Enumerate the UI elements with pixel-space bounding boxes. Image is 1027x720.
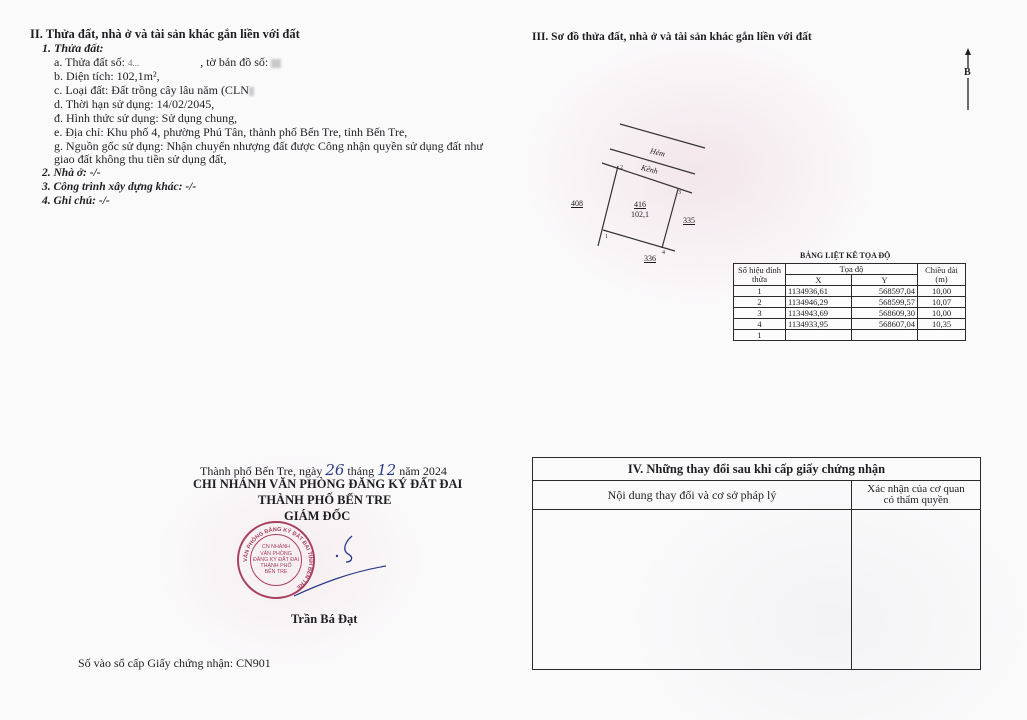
- coord-row: 1: [734, 330, 966, 341]
- header-y: Y: [852, 275, 918, 286]
- vertex-1: 1: [605, 234, 608, 240]
- coord-cell-id: 1: [734, 286, 786, 297]
- coord-cell-len: 10,07: [918, 297, 966, 308]
- org-line-2: THÀNH PHỐ BẾN TRE: [258, 493, 391, 508]
- position-title: GIÁM ĐỐC: [284, 509, 350, 524]
- coord-cell-id: 2: [734, 297, 786, 308]
- area-line: b. Diện tích: 102,1m²,: [54, 70, 160, 84]
- parcel-area-map: 102,1: [631, 210, 649, 219]
- coord-cell-len: 10,35: [918, 319, 966, 330]
- changes-confirmation-cell: [852, 510, 980, 669]
- section-2-title: II. Thửa đất, nhà ở và tài sản khác gắn …: [30, 27, 300, 42]
- other-works-line: 3. Công trình xây dựng khác: -/-: [42, 181, 196, 193]
- parcel-map: [560, 110, 740, 270]
- coord-row: 41134933,95568607,0410,35: [734, 319, 966, 330]
- parcel-number-label: a. Thửa đất số:: [54, 55, 125, 69]
- section-4-title: IV. Những thay đổi sau khi cấp giấy chứn…: [533, 458, 980, 481]
- parcel-number-map: 416: [634, 200, 646, 209]
- coord-cell-x: 1134936,61: [786, 286, 852, 297]
- coord-cell-y: 568599,57: [852, 297, 918, 308]
- address-line: e. Địa chỉ: Khu phố 4, phường Phú Tân, t…: [54, 126, 407, 140]
- confirmation-line-2: có thẩm quyền: [852, 495, 980, 506]
- header-x: X: [786, 275, 852, 286]
- parcel-number-value: 4...: [128, 58, 139, 68]
- coord-cell-y: 568609,30: [852, 308, 918, 319]
- coord-cell-len: 10,00: [918, 286, 966, 297]
- usage-form-line: đ. Hình thức sử dụng: Sử dụng chung,: [54, 112, 237, 126]
- coord-cell-y: [852, 330, 918, 341]
- coord-cell-x: 1134943,69: [786, 308, 852, 319]
- term-line: d. Thời hạn sử dụng: 14/02/2045,: [54, 98, 214, 112]
- redacted-map-sheet: [271, 59, 281, 68]
- coord-table-title: BẢNG LIỆT KÊ TỌA ĐỘ: [800, 251, 890, 260]
- stamp-line-5: BẾN TRE: [265, 569, 288, 575]
- coord-table: Số hiệu đỉnh thửa Tọa độ Chiều dài (m) X…: [733, 263, 966, 341]
- coord-cell-len: [918, 330, 966, 341]
- house-line: 2. Nhà ở: -/-: [42, 167, 101, 179]
- coord-cell-len: 10,00: [918, 308, 966, 319]
- header-length: Chiều dài (m): [918, 264, 966, 286]
- north-arrow-icon: [960, 48, 976, 112]
- changes-col-content: Nội dung thay đổi và cơ sở pháp lý: [533, 481, 852, 509]
- coord-cell-y: 568607,04: [852, 319, 918, 330]
- vertex-4: 4: [662, 250, 665, 256]
- neighbor-west: 408: [571, 199, 583, 208]
- month-label: tháng: [347, 464, 374, 478]
- land-type-line: c. Loại đất: Đất trồng cây lâu năm (CLN: [54, 84, 254, 98]
- coord-cell-id: 1: [734, 330, 786, 341]
- section-3-title: III. Sơ đồ thửa đất, nhà ở và tài sản kh…: [532, 31, 812, 43]
- redacted-land-type: [249, 87, 254, 96]
- coord-cell-x: 1134933,95: [786, 319, 852, 330]
- coord-cell-id: 3: [734, 308, 786, 319]
- coord-cell-x: [786, 330, 852, 341]
- coord-row: 11134936,61568597,0410,00: [734, 286, 966, 297]
- header-vertex-id: Số hiệu đỉnh thửa: [734, 264, 786, 286]
- date-year: năm 2024: [399, 464, 447, 478]
- registry-number: Số vào sổ cấp Giấy chứng nhận: CN901: [78, 657, 271, 671]
- changes-col-confirmation: Xác nhận của cơ quan có thẩm quyền: [852, 481, 980, 509]
- changes-table: IV. Những thay đổi sau khi cấp giấy chứn…: [532, 457, 981, 670]
- signer-name: Trần Bá Đạt: [291, 612, 357, 627]
- coord-cell-y: 568597,04: [852, 286, 918, 297]
- vertex-3: 3: [678, 190, 681, 196]
- notes-line: 4. Ghi chú: -/-: [42, 195, 110, 207]
- coord-cell-id: 4: [734, 319, 786, 330]
- vertex-2: 2: [620, 165, 623, 171]
- handwritten-signature: [290, 532, 390, 602]
- place-date-prefix: Thành phố Bến Tre, ngày: [200, 464, 322, 478]
- land-heading: 1. Thửa đất:: [42, 41, 104, 56]
- coord-cell-x: 1134946,29: [786, 297, 852, 308]
- header-coords: Tọa độ: [786, 264, 918, 275]
- neighbor-east: 335: [683, 216, 695, 225]
- map-sheet-label: , tờ bản đồ số:: [200, 55, 268, 69]
- north-label: B: [964, 68, 971, 78]
- land-type-text: c. Loại đất: Đất trồng cây lâu năm (CLN: [54, 83, 249, 97]
- neighbor-south: 336: [644, 254, 656, 263]
- coord-row: 21134946,29568599,5710,07: [734, 297, 966, 308]
- coord-row: 31134943,69568609,3010,00: [734, 308, 966, 319]
- org-line-1: CHI NHÁNH VĂN PHÒNG ĐĂNG KÝ ĐẤT ĐAI: [193, 477, 462, 492]
- changes-content-cell: [533, 510, 852, 669]
- origin-line-2: giao đất không thu tiền sử dụng đất,: [54, 153, 226, 167]
